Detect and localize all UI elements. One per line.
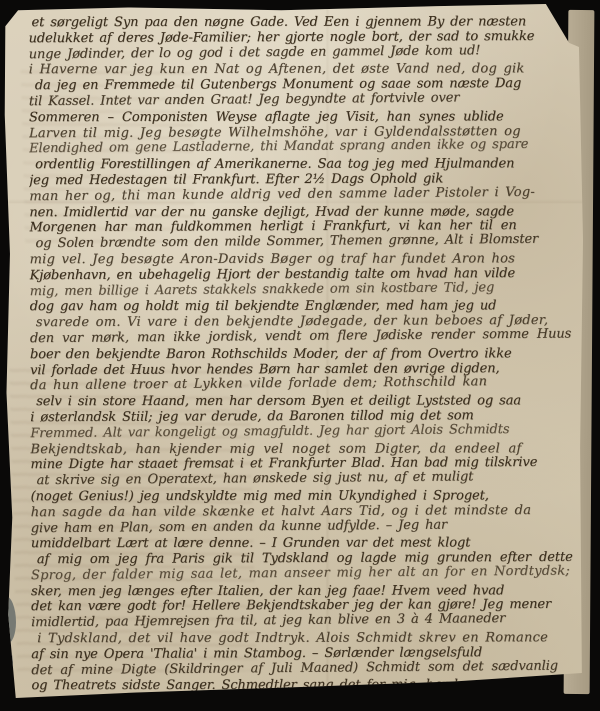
scanned-letter-photo: et sørgeligt Syn paa den nøgne Gade. Ved… bbox=[0, 0, 600, 711]
manuscript-line: umiddelbart Lært at lære denne. – I Grun… bbox=[31, 536, 575, 553]
manuscript-line: ordentlig Forestillingen af Amerikanerne… bbox=[29, 156, 573, 173]
manuscript-line: i Haverne var jeg kun en Nat og Aftenen,… bbox=[29, 62, 573, 79]
manuscript-line: Bekjendtskab, han kjender mig vel noget … bbox=[30, 441, 574, 458]
manuscript-line: at skrive sig en Operatext, han ønskede … bbox=[30, 469, 574, 490]
letter-paper: et sørgeligt Syn paa den nøgne Gade. Ved… bbox=[3, 4, 583, 698]
manuscript-line: og Theatrets sidste Sanger. Schmedtler s… bbox=[31, 678, 575, 695]
manuscript-line: sker, men jeg længes efter Italien, der … bbox=[31, 583, 575, 600]
manuscript-line: imidlertid, paa Hjemrejsen fra til, at j… bbox=[31, 611, 575, 632]
letter-text: et sørgeligt Syn paa den nøgne Gade. Ved… bbox=[29, 13, 576, 701]
manuscript-line: i Tydskland, det vil have godt Indtryk. … bbox=[31, 630, 575, 647]
manuscript-line: et sørgeligt Syn paa den nøgne Gade. Ved… bbox=[29, 14, 573, 31]
manuscript-line: boer den bekjendte Baron Rothschilds Mod… bbox=[30, 346, 574, 363]
manuscript-line: da hun allene troer at Lykken vilde forl… bbox=[30, 374, 574, 395]
manuscript-line: nen. Imidlertid var der nu ganske dejlig… bbox=[29, 204, 573, 221]
torn-edge-patch bbox=[2, 648, 13, 674]
manuscript-line: til Kassel. Intet var anden Graat! Jeg b… bbox=[29, 89, 573, 110]
manuscript-line: selv i sin store Haand, men har dersom B… bbox=[30, 393, 574, 410]
torn-edge-patch bbox=[1, 596, 16, 644]
manuscript-line: mig vel. Jeg besøgte Aron-Davids Bøger o… bbox=[30, 251, 574, 268]
manuscript-line: Elendighed om gene Lastladerne, thi Mand… bbox=[29, 137, 573, 158]
manuscript-line: og Solen brændte som den milde Sommer, T… bbox=[29, 232, 573, 253]
